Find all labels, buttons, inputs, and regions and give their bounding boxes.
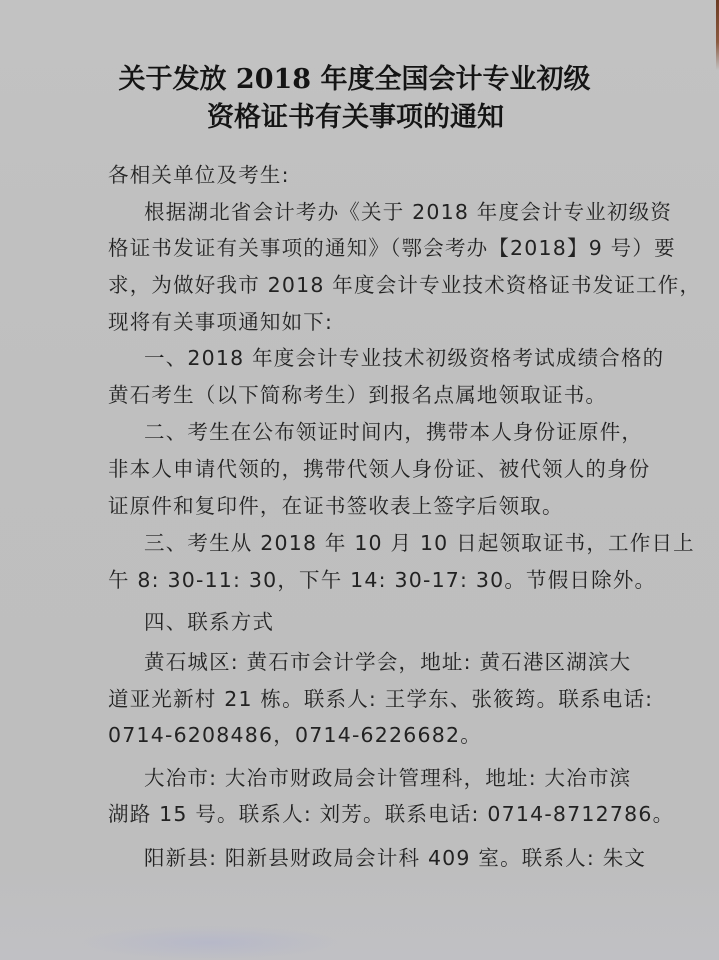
- item-1-line-2: 黄石考生（以下简称考生）到报名点属地领取证书。: [108, 382, 608, 408]
- contact-yangxin-line-1: 阳新县: 阳新县财政局会计科 409 室。联系人: 朱文: [144, 845, 605, 871]
- item-2-line-1: 二、考生在公布领证时间内，携带本人身份证原件，: [144, 419, 605, 445]
- document-title-line-2: 资格证书有关事项的通知: [0, 95, 715, 134]
- contact-huangshi-phones: 0714-6208486，0714-6226682。: [108, 722, 608, 748]
- paragraph-intro-line-2: 格证书发证有关事项的通知》（鄂会考办【2018】9 号）要: [108, 235, 605, 261]
- contact-huangshi-line-2: 道亚光新村 21 栋。联系人: 王学东、张筱筠。联系电话:: [108, 686, 605, 712]
- contact-daye-line-2: 湖路 15 号。联系人: 刘芳。联系电话: 0714-8712786。: [108, 801, 608, 827]
- item-3-line-1: 三、考生从 2018 年 10 月 10 日起领取证书，工作日上: [144, 530, 605, 556]
- paragraph-intro-line-1: 根据湖北省会计考办《关于 2018 年度会计专业初级资: [144, 199, 605, 225]
- item-4-heading: 四、联系方式: [144, 609, 644, 635]
- salutation: 各相关单位及考生:: [108, 162, 608, 188]
- item-2-line-3: 证原件和复印件，在证书签收表上签字后领取。: [108, 493, 608, 519]
- contact-huangshi-line-1: 黄石城区: 黄石市会计学会，地址: 黄石港区湖滨大: [144, 649, 605, 675]
- item-1-line-1: 一、2018 年度会计专业技术初级资格考试成绩合格的: [144, 345, 605, 371]
- item-3-line-2: 午 8: 30-11: 30，下午 14: 30-17: 30。节假日除外。: [108, 567, 608, 593]
- paragraph-intro-line-4: 现将有关事项通知如下:: [108, 309, 608, 335]
- contact-daye-line-1: 大冶市: 大冶市财政局会计管理科，地址: 大冶市滨: [144, 765, 605, 791]
- document-page: 关于发放 2018 年度全国会计专业初级 资格证书有关事项的通知 各相关单位及考…: [0, 0, 719, 960]
- paper-stain: [80, 925, 340, 960]
- item-2-line-2: 非本人申请代领的，携带代领人身份证、被代领人的身份: [108, 456, 605, 482]
- paragraph-intro-line-3: 求，为做好我市 2018 年度会计专业技术资格证书发证工作，: [108, 272, 608, 298]
- document-title-line-1: 关于发放 2018 年度全国会计专业初级: [0, 57, 714, 96]
